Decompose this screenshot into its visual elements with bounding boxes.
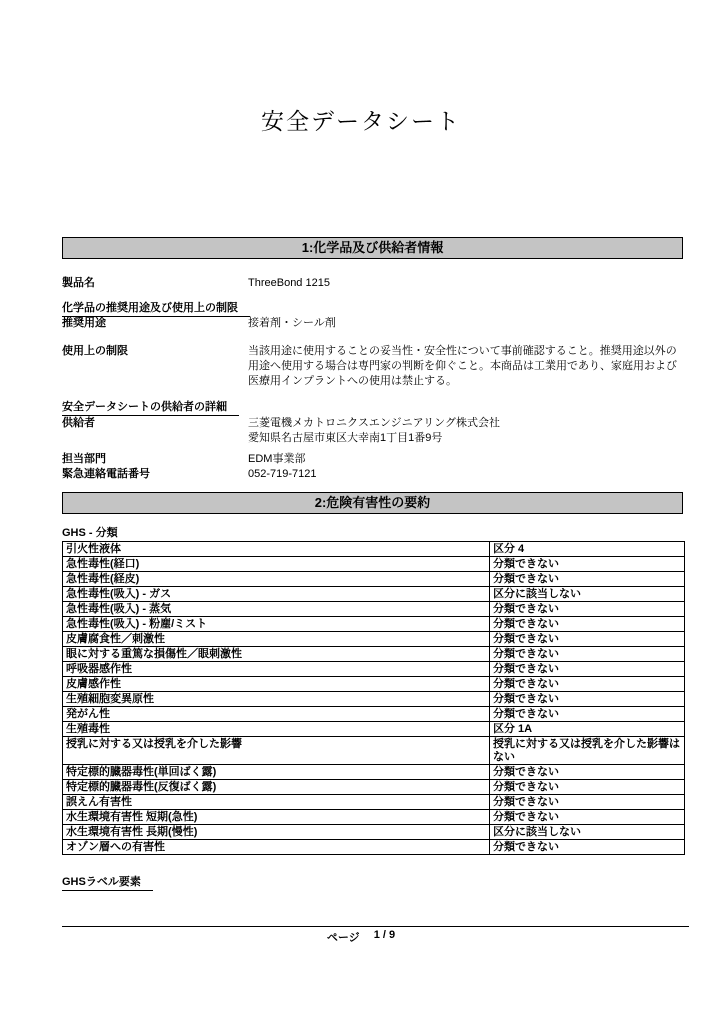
hazard-class-cell: 水生環境有害性 短期(急性) — [63, 810, 490, 825]
footer-page-number: 1 / 9 — [374, 929, 395, 945]
department-value: EDM事業部 — [248, 452, 685, 467]
section1-header-label: 1:化学品及び供給者情報 — [302, 240, 444, 255]
hazard-class-cell: 特定標的臓器毒性(単回ばく露) — [63, 765, 490, 780]
ghs-table-row: 誤えん有害性分類できない — [63, 795, 685, 810]
ghs-classification-table: 引火性液体区分 4急性毒性(経口)分類できない急性毒性(経皮)分類できない急性毒… — [62, 541, 685, 855]
recommended-use-heading: 化学品の推奨用途及び使用上の制限 — [62, 302, 250, 317]
classification-cell: 分類できない — [490, 557, 685, 572]
classification-cell: 区分 1A — [490, 722, 685, 737]
recommended-use-value: 接着剤・シール剤 — [248, 316, 685, 331]
classification-cell: 分類できない — [490, 602, 685, 617]
recommended-use-row: 推奨用途 接着剤・シール剤 — [62, 316, 685, 331]
supplier-heading: 安全データシートの供給者の詳細 — [62, 401, 239, 416]
ghs-label-elements-heading: GHSラベル要素 — [62, 876, 153, 891]
ghs-table-row: 急性毒性(吸入) - 蒸気分類できない — [63, 602, 685, 617]
department-label: 担当部門 — [62, 453, 106, 465]
ghs-table-body: 引火性液体区分 4急性毒性(経口)分類できない急性毒性(経皮)分類できない急性毒… — [63, 542, 685, 855]
classification-cell: 分類できない — [490, 780, 685, 795]
hazard-class-cell: 特定標的臓器毒性(反復ばく露) — [63, 780, 490, 795]
supplier-row: 供給者 三菱電機メカトロニクスエンジニアリング株式会社 愛知県名古屋市東区大幸南… — [62, 416, 685, 431]
section1-header-bar: 1:化学品及び供給者情報 — [62, 237, 683, 259]
footer-page-label: ページ — [327, 929, 360, 945]
ghs-table-row: 生殖毒性区分 1A — [63, 722, 685, 737]
hazard-class-cell: オゾン層への有害性 — [63, 840, 490, 855]
classification-cell: 授乳に対する又は授乳を介した影響はない — [490, 737, 685, 765]
classification-cell: 分類できない — [490, 840, 685, 855]
ghs-table-row: 急性毒性(経口)分類できない — [63, 557, 685, 572]
hazard-class-cell: 授乳に対する又は授乳を介した影響 — [63, 737, 490, 765]
hazard-class-cell: 急性毒性(吸入) - 蒸気 — [63, 602, 490, 617]
product-name-label: 製品名 — [62, 277, 95, 289]
classification-cell: 分類できない — [490, 692, 685, 707]
ghs-table-row: 皮膚腐食性／刺激性分類できない — [63, 632, 685, 647]
classification-cell: 区分 4 — [490, 542, 685, 557]
classification-cell: 分類できない — [490, 617, 685, 632]
classification-cell: 区分に該当しない — [490, 587, 685, 602]
classification-cell: 分類できない — [490, 677, 685, 692]
hazard-class-cell: 発がん性 — [63, 707, 490, 722]
hazard-class-cell: 水生環境有害性 長期(慢性) — [63, 825, 490, 840]
ghs-table-row: 発がん性分類できない — [63, 707, 685, 722]
hazard-class-cell: 引火性液体 — [63, 542, 490, 557]
product-name-value: ThreeBond 1215 — [248, 276, 685, 291]
footer-divider — [62, 926, 689, 927]
hazard-class-cell: 誤えん有害性 — [63, 795, 490, 810]
hazard-class-cell: 急性毒性(吸入) - ガス — [63, 587, 490, 602]
ghs-table-row: 急性毒性(経皮)分類できない — [63, 572, 685, 587]
hazard-class-cell: 皮膚腐食性／刺激性 — [63, 632, 490, 647]
ghs-table-row: 授乳に対する又は授乳を介した影響授乳に対する又は授乳を介した影響はない — [63, 737, 685, 765]
classification-cell: 分類できない — [490, 707, 685, 722]
supplier-value: 三菱電機メカトロニクスエンジニアリング株式会社 愛知県名古屋市東区大幸南1丁目1… — [248, 416, 685, 446]
ghs-table-row: 引火性液体区分 4 — [63, 542, 685, 557]
supplier-address: 愛知県名古屋市東区大幸南1丁目1番9号 — [248, 431, 685, 446]
ghs-classification-heading: GHS - 分類 — [62, 527, 130, 542]
ghs-table-row: 水生環境有害性 長期(慢性)区分に該当しない — [63, 825, 685, 840]
restrictions-row: 使用上の制限 当該用途に使用することの妥当性・安全性について事前確認すること。推… — [62, 344, 685, 359]
supplier-name: 三菱電機メカトロニクスエンジニアリング株式会社 — [248, 416, 685, 431]
restrictions-label: 使用上の制限 — [62, 345, 128, 357]
hazard-class-cell: 呼吸器感作性 — [63, 662, 490, 677]
emergency-phone-label: 緊急連絡電話番号 — [62, 468, 150, 480]
ghs-table-row: 皮膚感作性分類できない — [63, 677, 685, 692]
hazard-class-cell: 急性毒性(経口) — [63, 557, 490, 572]
hazard-class-cell: 眼に対する重篤な損傷性／眼刺激性 — [63, 647, 490, 662]
restrictions-value: 当該用途に使用することの妥当性・安全性について事前確認すること。推奨用途以外の用… — [248, 344, 685, 389]
ghs-table-row: 急性毒性(吸入) - ガス区分に該当しない — [63, 587, 685, 602]
ghs-table-row: 急性毒性(吸入) - 粉塵/ミスト分類できない — [63, 617, 685, 632]
ghs-table-row: オゾン層への有害性分類できない — [63, 840, 685, 855]
recommended-use-label: 推奨用途 — [62, 317, 106, 329]
ghs-table-row: 生殖細胞変異原性分類できない — [63, 692, 685, 707]
department-row: 担当部門 EDM事業部 — [62, 452, 685, 467]
classification-cell: 区分に該当しない — [490, 825, 685, 840]
page-footer: ページ 1 / 9 — [0, 929, 722, 945]
ghs-table-row: 呼吸器感作性分類できない — [63, 662, 685, 677]
hazard-class-cell: 皮膚感作性 — [63, 677, 490, 692]
section2-header-label: 2:危険有害性の要約 — [315, 495, 431, 510]
classification-cell: 分類できない — [490, 632, 685, 647]
ghs-table-row: 特定標的臓器毒性(単回ばく露)分類できない — [63, 765, 685, 780]
ghs-table-row: 眼に対する重篤な損傷性／眼刺激性分類できない — [63, 647, 685, 662]
classification-cell: 分類できない — [490, 765, 685, 780]
hazard-class-cell: 急性毒性(吸入) - 粉塵/ミスト — [63, 617, 490, 632]
emergency-phone-value: 052-719-7121 — [248, 467, 685, 482]
hazard-class-cell: 急性毒性(経皮) — [63, 572, 490, 587]
classification-cell: 分類できない — [490, 647, 685, 662]
section2-header-bar: 2:危険有害性の要約 — [62, 492, 683, 514]
classification-cell: 分類できない — [490, 572, 685, 587]
sds-document-page: 安全データシート 1:化学品及び供給者情報 製品名 ThreeBond 1215… — [0, 0, 722, 1024]
product-name-row: 製品名 ThreeBond 1215 — [62, 276, 685, 291]
supplier-label: 供給者 — [62, 417, 95, 429]
ghs-table-row: 特定標的臓器毒性(反復ばく露)分類できない — [63, 780, 685, 795]
emergency-phone-row: 緊急連絡電話番号 052-719-7121 — [62, 467, 685, 482]
hazard-class-cell: 生殖毒性 — [63, 722, 490, 737]
ghs-table-row: 水生環境有害性 短期(急性)分類できない — [63, 810, 685, 825]
classification-cell: 分類できない — [490, 662, 685, 677]
classification-cell: 分類できない — [490, 810, 685, 825]
hazard-class-cell: 生殖細胞変異原性 — [63, 692, 490, 707]
classification-cell: 分類できない — [490, 795, 685, 810]
document-title: 安全データシート — [0, 103, 722, 136]
